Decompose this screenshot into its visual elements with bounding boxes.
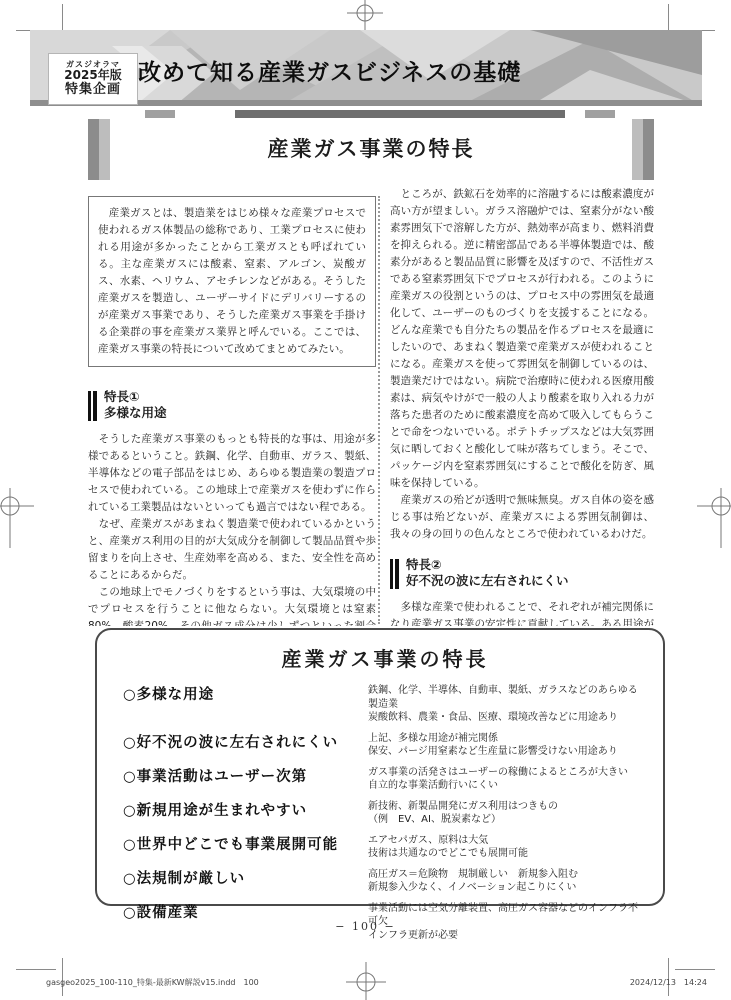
body-paragraph: この地球上でモノづくりをするという事は、大気環境の中でプロセスを行うことに他なら…: [88, 584, 376, 626]
summary-item-label: ○新規用途が生まれやすい: [123, 799, 368, 820]
section-accent-square: [585, 110, 615, 118]
trim-mark: [675, 969, 715, 970]
summary-row: ○好不況の波に左右されにくい 上記、多様な用途が補完関係保安、パージ用窒素など生…: [123, 731, 647, 759]
feature2-heading: 特長② 好不況の波に左右されにくい: [390, 557, 654, 589]
summary-row: ○事業活動はユーザー次第 ガス事業の活発さはユーザーの稼働によるところが大きい自…: [123, 765, 647, 793]
summary-item-desc: 炭酸飲料、農業・食品、医療、環境改善などに用途あり: [368, 711, 647, 725]
summary-item-desc: ガス事業の活発さはユーザーの稼働によるところが大きい: [368, 766, 647, 780]
page-number: − 100 −: [0, 920, 731, 933]
heading-marker-icon: [390, 559, 399, 589]
summary-row: ○世界中どこでも事業展開可能 エアセパガス、原料は大気技術は共通なのでどこでも展…: [123, 833, 647, 861]
summary-row: ○新規用途が生まれやすい 新技術、新製品開発にガス利用はつきもの（例 EV、AI…: [123, 799, 647, 827]
summary-box: 産業ガス事業の特長 ○多様な用途 鉄鋼、化学、半導体、自動車、製紙、ガラスなどの…: [95, 628, 665, 906]
summary-item-label: ○事業活動はユーザー次第: [123, 765, 368, 786]
summary-item-desc: 新技術、新製品開発にガス利用はつきもの: [368, 800, 647, 814]
footer-datetime: 2024/12/13 14:24: [630, 977, 707, 988]
registration-mark-icon: [347, 0, 383, 31]
heading-marker-icon: [88, 391, 97, 421]
feature2-title: 好不況の波に左右されにくい: [406, 573, 569, 589]
summary-item-desc: 新規参入少なく、イノベーション起こりにくい: [368, 881, 647, 895]
section-accent-bar: [235, 110, 565, 118]
summary-item-desc: 自立的な事業活動行いにくい: [368, 779, 647, 793]
article-title: 改めて知る産業ガスビジネスの基礎: [138, 54, 521, 87]
badge-year-label: 2025年版: [64, 69, 121, 83]
intro-box: 産業ガスとは、製造業をはじめ様々な産業プロセスで使われるガス体製品の総称であり、…: [88, 196, 376, 367]
footer-file-info: gasgeo2025_100-110_特集-最新KW解説v15.indd 100: [46, 977, 259, 988]
trim-mark: [16, 969, 56, 970]
body-paragraph: なぜ、産業ガスがあまねく製造業で使われているかというと、産業ガス利用の目的が大気…: [88, 516, 376, 584]
feature1-title: 多様な用途: [104, 405, 167, 421]
summary-item-label: ○多様な用途: [123, 683, 368, 704]
feature1-number: 特長①: [104, 389, 167, 405]
summary-item-label: ○法規制が厳しい: [123, 867, 368, 888]
feature1-heading: 特長① 多様な用途: [88, 389, 376, 421]
feature2-number: 特長②: [406, 557, 569, 573]
summary-item-desc: （例 EV、AI、脱炭素など）: [368, 813, 647, 827]
section-flank-bar: [643, 119, 654, 180]
registration-mark-icon: [346, 962, 386, 1000]
summary-item-desc: エアセパガス、原料は大気: [368, 834, 647, 848]
registration-mark-icon: [0, 488, 34, 548]
badge-feature-label: 特集企画: [65, 83, 121, 98]
summary-box-title: 産業ガス事業の特長: [123, 643, 647, 672]
summary-item-label: ○世界中どこでも事業展開可能: [123, 833, 368, 854]
feature-badge: ガスジオラマ 2025年版 特集企画: [48, 53, 138, 105]
summary-row: ○法規制が厳しい 高圧ガス＝危険物 規制厳しい 新規参入阻む新規参入少なく、イノ…: [123, 867, 647, 895]
summary-item-desc: 高圧ガス＝危険物 規制厳しい 新規参入阻む: [368, 868, 647, 882]
body-paragraph: 産業ガスの殆どが透明で無味無臭。ガス自体の姿を感じる事は殆どないが、産業ガスによ…: [390, 492, 654, 543]
summary-item-desc: 保安、パージ用窒素など生産量に影響受けない用途あり: [368, 745, 647, 759]
header-banner: ガスジオラマ 2025年版 特集企画 改めて知る産業ガスビジネスの基礎: [30, 30, 702, 106]
section-accent-square: [145, 110, 175, 118]
body-paragraph: ところが、鉄鉱石を効率的に溶融するには酸素濃度が高い方が望ましい。ガラス溶融炉で…: [390, 186, 654, 492]
summary-item-desc: 鉄鋼、化学、半導体、自動車、製紙、ガラスなどのあらゆる製造業: [368, 684, 647, 711]
right-column: ところが、鉄鉱石を効率的に溶融するには酸素濃度が高い方が望ましい。ガラス溶融炉で…: [390, 186, 654, 626]
section-flank-bar: [632, 119, 643, 180]
summary-item-desc: 技術は共通なのでどこでも展開可能: [368, 847, 647, 861]
summary-item-label: ○好不況の波に左右されにくい: [123, 731, 368, 752]
summary-row: ○多様な用途 鉄鋼、化学、半導体、自動車、製紙、ガラスなどのあらゆる製造業炭酸飲…: [123, 683, 647, 725]
body-paragraph: 多様な産業で使われることで、それぞれが補完関係になり産業ガス事業の安定性に貢献し…: [390, 599, 654, 626]
column-divider: [378, 196, 380, 624]
summary-item-desc: 上記、多様な用途が補完関係: [368, 732, 647, 746]
section-flank-bar: [99, 119, 110, 180]
section-title: 産業ガス事業の特長: [110, 133, 632, 163]
left-column: 産業ガスとは、製造業をはじめ様々な産業プロセスで使われるガス体製品の総称であり、…: [88, 196, 376, 626]
section-flank-bar: [88, 119, 99, 180]
registration-mark-icon: [697, 488, 731, 548]
summary-item-label: ○設備産業: [123, 901, 368, 922]
body-paragraph: そうした産業ガス事業のもっとも特長的な事は、用途が多様であるということ。鉄鋼、化…: [88, 431, 376, 516]
